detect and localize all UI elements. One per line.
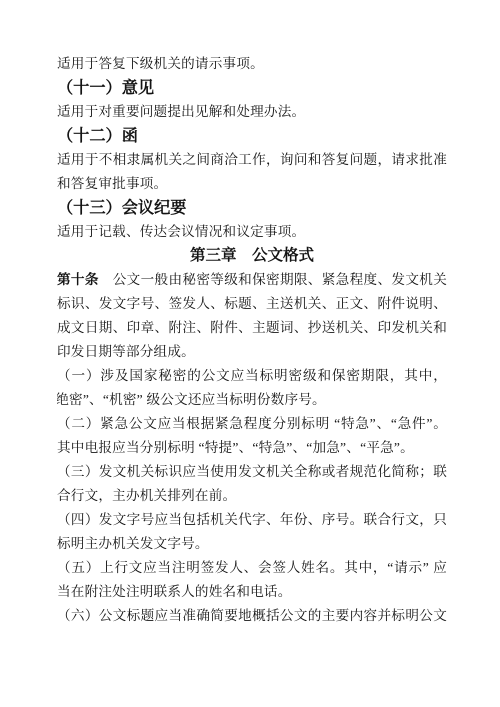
text-line: 其中电报应当分别标明 “特提”、“特急”、“加急”、“平急”。 — [57, 436, 447, 460]
section-heading: （十三）会议纪要 — [57, 196, 447, 220]
document-page: 适用于答复下级机关的请示事项。（十一）意见适用于对重要问题提出见解和处理办法。（… — [0, 0, 500, 707]
text-line: 合行文，主办机关排列在前。 — [57, 484, 447, 508]
text-line: 印发日期等部分组成。 — [57, 340, 447, 364]
text-line: （一）涉及国家秘密的公文应当标明密级和保密期限，其中， — [57, 364, 447, 388]
text-line: 第十条 公文一般由秘密等级和保密期限、紧急程度、发文机关 — [57, 268, 447, 292]
section-heading: （十一）意见 — [57, 76, 447, 100]
document-body: 适用于答复下级机关的请示事项。（十一）意见适用于对重要问题提出见解和处理办法。（… — [57, 52, 447, 628]
text-line: 适用于不相隶属机关之间商洽工作，询问和答复问题，请求批准 — [57, 148, 447, 172]
chapter-heading: 第三章 公文格式 — [57, 244, 447, 268]
article-number: 第十条 — [57, 272, 99, 287]
text-line: 适用于记载、传达会议情况和议定事项。 — [57, 220, 447, 244]
text-line: 适用于答复下级机关的请示事项。 — [57, 52, 447, 76]
text-line: （四）发文字号应当包括机关代字、年份、序号。联合行文，只 — [57, 508, 447, 532]
text-line: 当在附注处注明联系人的姓名和电话。 — [57, 580, 447, 604]
text-line: 成文日期、印章、附注、附件、主题词、抄送机关、印发机关和 — [57, 316, 447, 340]
text-line: 适用于对重要问题提出见解和处理办法。 — [57, 100, 447, 124]
text-line: （六）公文标题应当准确简要地概括公文的主要内容并标明公文 — [57, 604, 447, 628]
text-line: （二）紧急公文应当根据紧急程度分别标明 “特急”、“急件”。 — [57, 412, 447, 436]
section-heading: （十二）函 — [57, 124, 447, 148]
text-line: “绝密”、“机密” 级公文还应当标明份数序号。 — [57, 388, 447, 412]
text-line: （三）发文机关标识应当使用发文机关全称或者规范化简称；联 — [57, 460, 447, 484]
text-line: （五）上行文应当注明签发人、会签人姓名。其中，“请示” 应 — [57, 556, 447, 580]
text-line: 和答复审批事项。 — [57, 172, 447, 196]
text-line: 标明主办机关发文字号。 — [57, 532, 447, 556]
article-text: 公文一般由秘密等级和保密期限、紧急程度、发文机关 — [99, 272, 447, 287]
text-line: 标识、发文字号、签发人、标题、主送机关、正文、附件说明、 — [57, 292, 447, 316]
